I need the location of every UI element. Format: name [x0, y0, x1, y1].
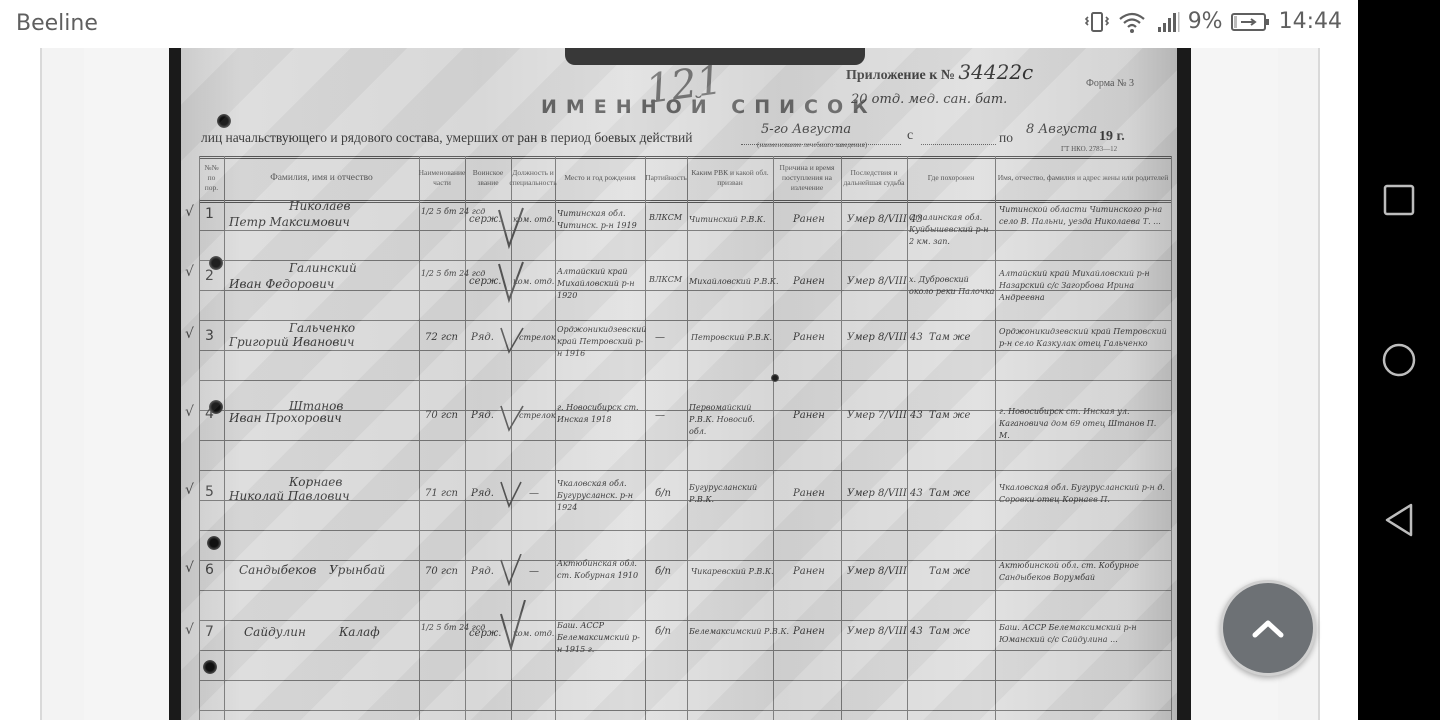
checkmark-icon [499, 554, 527, 604]
appendix-label: Приложение к № 34422с [846, 60, 1033, 84]
column-header-position: Должность и специальность [511, 158, 555, 198]
punch-hole [217, 114, 231, 128]
viewer-toolbar-handle[interactable] [565, 48, 865, 65]
margin-check-icon: √ [185, 328, 194, 340]
punch-hole [209, 256, 223, 270]
back-button[interactable] [1379, 500, 1419, 540]
battery-charging-icon [1231, 10, 1271, 34]
recents-button[interactable] [1379, 180, 1419, 220]
status-bar: Beeline 9% 14:44 [0, 0, 1358, 48]
margin-check-icon: √ [185, 484, 194, 496]
from-label: с [907, 128, 913, 144]
appendix-number: 34422с [958, 60, 1033, 84]
signal-icon [1154, 10, 1180, 34]
punch-hole [203, 660, 217, 674]
institution-caption: (наименование лечебного заведения) [757, 141, 867, 149]
column-header-number: №№ по пор. [199, 158, 224, 198]
document-subtitle: лиц начальствующего и рядового состава, … [201, 130, 692, 146]
status-icons: 9% 14:44 [1084, 9, 1342, 34]
column-header-party: Партийность [645, 158, 687, 198]
checkmark-icon [499, 600, 527, 650]
year-label: 19 г. [1099, 129, 1125, 145]
punch-hole [209, 400, 223, 414]
margin-check-icon: √ [185, 266, 194, 278]
column-header-birth: Место и год рождения [555, 158, 645, 198]
dotted-line [921, 144, 996, 145]
carrier-name: Beeline [16, 11, 98, 36]
margin-check-icon: √ [185, 206, 194, 218]
punch-hole [207, 536, 221, 550]
period-to: 8 Августа [1026, 122, 1097, 137]
clock: 14:44 [1279, 9, 1342, 34]
chevron-up-icon [1251, 617, 1285, 639]
battery-percent: 9% [1188, 9, 1223, 34]
to-label: по [999, 130, 1013, 146]
column-header-fate: Последствия и дальнейшая судьба [841, 158, 907, 198]
casualty-table: №№ по пор. Фамилия, имя и отчество Наиме… [199, 156, 1171, 720]
wifi-icon [1118, 10, 1146, 34]
ink-spot [771, 374, 779, 382]
print-code: ГТ НКО. 2783—12 [1061, 145, 1117, 153]
column-header-burial: Где похоронен [907, 158, 995, 198]
system-nav-bar [1358, 0, 1440, 720]
period-from: 5-го Августа [761, 122, 851, 137]
vibrate-icon [1084, 10, 1110, 34]
column-header-reason: Причина и время поступления на излечение [773, 158, 841, 198]
column-header-name: Фамилия, имя и отчество [224, 158, 419, 198]
triangle-back-icon [1383, 502, 1415, 538]
column-header-rank: Воинское звание [465, 158, 511, 198]
column-header-relatives: Имя, отчество, фамилия и адрес жены или … [995, 158, 1171, 198]
square-icon [1383, 184, 1415, 216]
unit-handwritten: 20 отд. мед. сан. бат. [851, 92, 1007, 107]
column-header-unit: Наименование части [419, 158, 465, 198]
document-title: ИМЕННОЙ СПИСОК [541, 96, 877, 118]
margin-check-icon: √ [185, 624, 194, 636]
document-scan[interactable]: 121 Приложение к № 34422с Форма № 3 ИМЕН… [169, 48, 1191, 720]
home-button[interactable] [1379, 340, 1419, 380]
margin-check-icon: √ [185, 562, 194, 574]
checkmark-icon [499, 476, 527, 526]
scroll-to-top-button[interactable] [1220, 580, 1316, 676]
circle-icon [1382, 343, 1416, 377]
margin-check-icon: √ [185, 406, 194, 418]
form-number: Форма № 3 [1086, 78, 1134, 89]
column-header-rvk: Каким РВК и какой обл. призван [687, 158, 773, 198]
paper-sheet: 121 Приложение к № 34422с Форма № 3 ИМЕН… [181, 48, 1177, 720]
